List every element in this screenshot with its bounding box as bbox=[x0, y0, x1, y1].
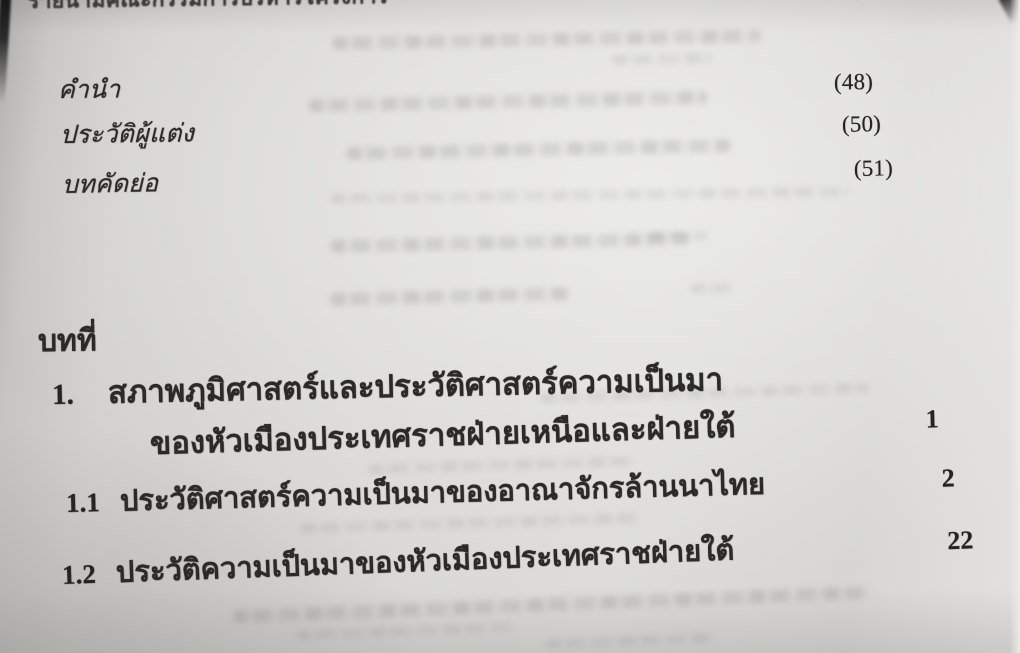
bleed-through-text bbox=[648, 230, 708, 241]
chapter-section-heading: บทที่ bbox=[38, 317, 97, 365]
toc-entry-label: ประวัติผู้แต่ง bbox=[60, 119, 194, 149]
clipped-running-head: รายนามคณะกรรมการบริหารโครงการ (25) bbox=[28, 0, 908, 18]
chapter-number: 1. bbox=[52, 372, 109, 417]
toc-entry-page-number: (50) bbox=[842, 111, 881, 137]
bleed-through-text bbox=[690, 282, 734, 293]
bleed-through-text bbox=[332, 29, 762, 50]
toc-entry-author-bio: ประวัติผู้แต่ง (50) bbox=[60, 105, 900, 155]
section-title: ประวัติศาสตร์ความเป็นมาของอาณาจักรล้านนา… bbox=[120, 469, 766, 518]
toc-entry-preface: คำนำ (48) bbox=[58, 63, 898, 110]
toc-entry-page-number: 22 bbox=[947, 519, 975, 562]
running-head-title: รายนามคณะกรรมการบริหารโครงการ bbox=[28, 0, 389, 13]
toc-entry-label: บทคัดย่อ bbox=[62, 169, 159, 199]
toc-entry-label: คำนำ bbox=[58, 75, 121, 104]
bleed-through-text bbox=[232, 586, 872, 624]
toc-entry-page-number: (51) bbox=[854, 155, 894, 182]
toc-entry-page-number: 1 bbox=[925, 397, 939, 441]
page-left-edge-shadow bbox=[0, 0, 11, 104]
book-page-photo: รายนามคณะกรรมการบริหารโครงการ (25) คำนำ … bbox=[0, 0, 1020, 653]
running-head-page-number: (25) bbox=[852, 0, 887, 1]
bleed-through-text bbox=[330, 287, 570, 306]
section-number: 1.2 bbox=[61, 552, 117, 596]
section-number: 1.1 bbox=[65, 481, 120, 524]
section-title: ประวัติความเป็นมาของหัวเมืองประเทศราชฝ่า… bbox=[115, 534, 734, 589]
chapter-title-line-2: ของหัวเมืองประเทศราชฝ่ายเหนือและฝ่ายใต้ bbox=[149, 409, 735, 461]
bleed-through-text bbox=[330, 232, 690, 253]
bleed-through-text bbox=[612, 53, 712, 65]
toc-entry-section-1-2: 1.2ประวัติความเป็นมาของหัวเมืองประเทศราช… bbox=[61, 519, 1012, 596]
toc-entry-page-number: 2 bbox=[941, 457, 955, 499]
bleed-through-text bbox=[296, 622, 516, 640]
chapter-title-line-1: สภาพภูมิศาสตร์และประวัติศาสตร์ความเป็นมา bbox=[108, 362, 724, 410]
toc-entry-page-number: (48) bbox=[834, 69, 873, 95]
bleed-through-text bbox=[545, 633, 715, 650]
